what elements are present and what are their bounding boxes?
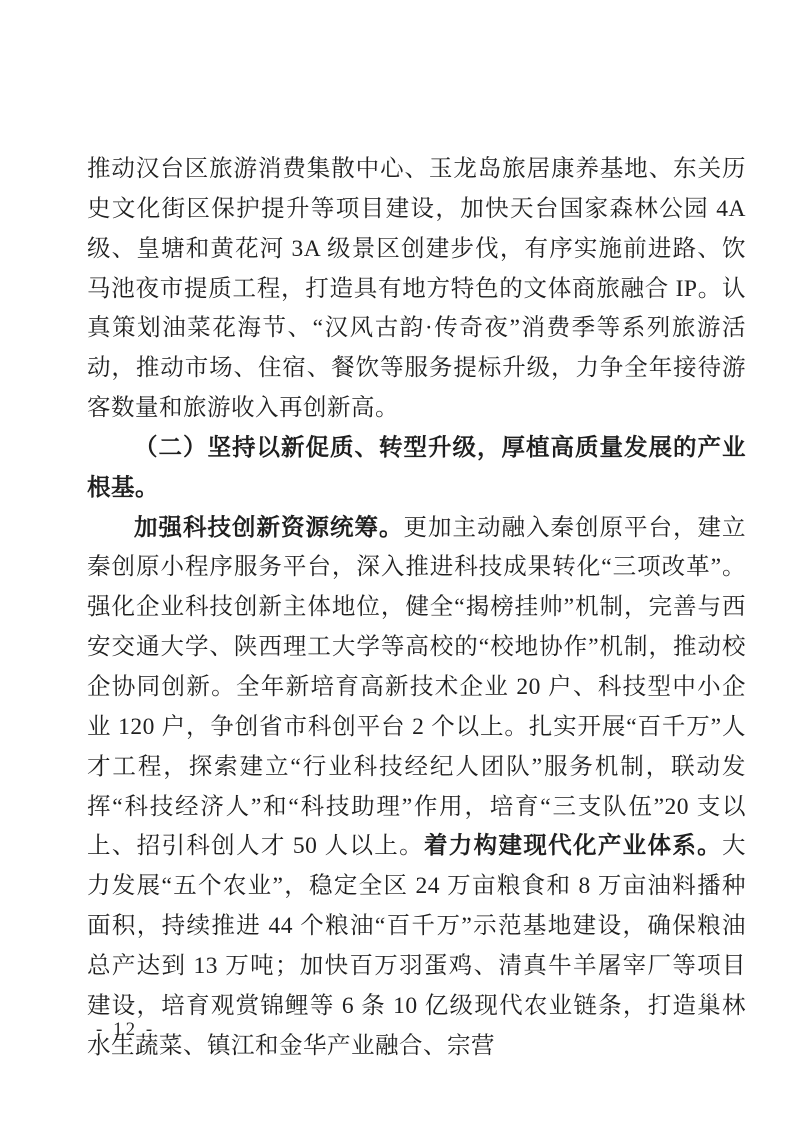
- document-body: 推动汉台区旅游消费集散中心、玉龙岛旅居康养基地、东关历史文化街区保护提升等项目建…: [87, 150, 746, 1066]
- page-number: - 12 -: [96, 1019, 155, 1041]
- body-text: 更加主动融入秦创原平台，建立秦创原小程序服务平台，深入推进科技成果转化“三项改革…: [87, 515, 746, 860]
- document-page: 推动汉台区旅游消费集散中心、玉龙岛旅居康养基地、东关历史文化街区保护提升等项目建…: [0, 0, 793, 1122]
- paragraph-continued: 推动汉台区旅游消费集散中心、玉龙岛旅居康养基地、东关历史文化街区保护提升等项目建…: [87, 150, 746, 429]
- paragraph-body: 加强科技创新资源统筹。更加主动融入秦创原平台，建立秦创原小程序服务平台，深入推进…: [87, 509, 746, 1067]
- body-text: 大力发展“五个农业”，稳定全区 24 万亩粮食和 8 万亩油料播种面积，持续推进…: [87, 833, 746, 1058]
- bold-inline-text: 着力构建现代化产业体系。: [424, 833, 722, 859]
- section-heading: （二）坚持以新促质、转型升级，厚植高质量发展的产业根基。: [87, 429, 746, 509]
- bold-lead-text: 加强科技创新资源统筹。: [134, 515, 404, 541]
